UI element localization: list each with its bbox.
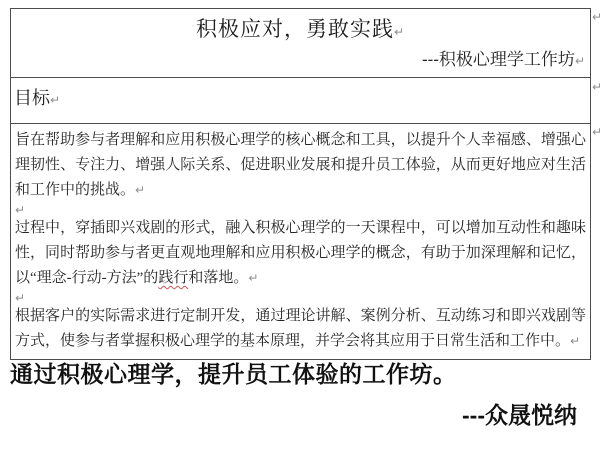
- paragraph-2-text-pre: 过程中，穿插即兴戏剧的形式，融入积极心理学的一天课程中，可以增加互动性和趣味性，…: [15, 220, 586, 286]
- footer-signature: ---众晟悦纳: [10, 399, 591, 431]
- paragraph-3: 根据客户的实际需求进行定制开发，通过理论讲解、案例分析、互动练习和即兴戏剧等方式…: [15, 304, 586, 354]
- doc-subtitle-text: ---积极心理学工作坊: [422, 50, 575, 69]
- end-of-row-mark: ↵: [592, 80, 600, 94]
- end-of-row-mark: ↵: [592, 125, 600, 139]
- paragraph-2-text-post: 和落地。: [188, 270, 248, 286]
- paragraph-2: 过程中，穿插即兴戏剧的形式，融入积极心理学的一天课程中，可以增加互动性和趣味性，…: [15, 216, 586, 291]
- section-heading: 目标↵: [14, 85, 587, 114]
- pilcrow-mark: ↵: [135, 183, 145, 197]
- pilcrow-mark: ↵: [248, 271, 258, 285]
- empty-line: ↵: [15, 291, 586, 304]
- pilcrow-mark: ↵: [15, 203, 25, 217]
- pilcrow-mark: ↵: [575, 54, 585, 68]
- end-of-row-mark: ↵: [592, 10, 600, 24]
- misspelled-word: 践行: [158, 270, 188, 286]
- paragraph-1-text: 旨在帮助参与者理解和应用积极心理学的核心概念和工具，以提升个人幸福感、增强心理韧…: [15, 132, 586, 198]
- document-page: 积极应对，勇敢实践↵ ---积极心理学工作坊↵ 目标↵ 旨在帮助参与者理解和应用…: [0, 0, 600, 449]
- paragraph-1: 旨在帮助参与者理解和应用积极心理学的核心概念和工具，以提升个人幸福感、增强心理韧…: [15, 128, 586, 203]
- content-table: 积极应对，勇敢实践↵ ---积极心理学工作坊↵ 目标↵ 旨在帮助参与者理解和应用…: [10, 8, 591, 360]
- pilcrow-mark: ↵: [50, 93, 60, 107]
- empty-line: ↵: [15, 203, 586, 216]
- doc-subtitle: ---积极心理学工作坊↵: [15, 47, 586, 74]
- table-row-header: 积极应对，勇敢实践↵ ---积极心理学工作坊↵: [11, 9, 590, 77]
- footer-headline: 通过积极心理学，提升员工体验的工作坊。: [10, 358, 591, 390]
- doc-title: 积极应对，勇敢实践↵: [15, 15, 586, 47]
- table-row-body: 旨在帮助参与者理解和应用积极心理学的核心概念和工具，以提升个人幸福感、增强心理韧…: [11, 123, 590, 359]
- pilcrow-mark: ↵: [570, 334, 580, 348]
- footer: 通过积极心理学，提升员工体验的工作坊。 ---众晟悦纳: [10, 358, 591, 431]
- pilcrow-mark: ↵: [394, 25, 405, 39]
- doc-title-text: 积极应对，勇敢实践: [196, 18, 394, 41]
- table-row-section: 目标↵: [11, 77, 590, 123]
- section-heading-text: 目标: [14, 88, 50, 108]
- pilcrow-mark: ↵: [15, 291, 25, 305]
- paragraph-3-text: 根据客户的实际需求进行定制开发，通过理论讲解、案例分析、互动练习和即兴戏剧等方式…: [15, 308, 586, 349]
